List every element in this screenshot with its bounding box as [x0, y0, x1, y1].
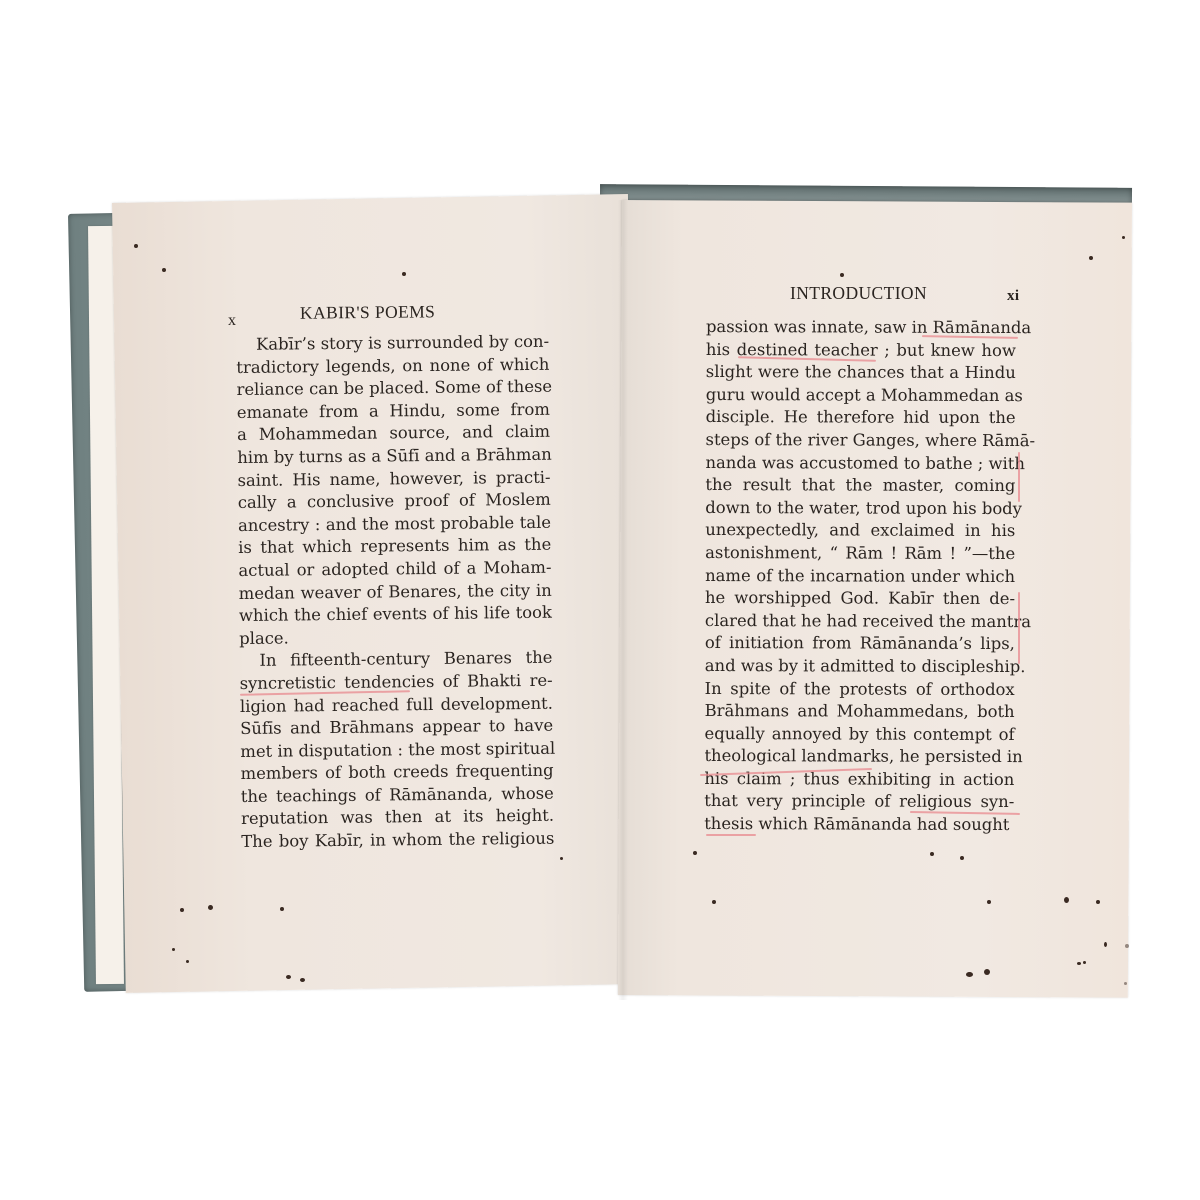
foxing-spot — [1096, 900, 1100, 904]
right-page-number: xi — [1007, 288, 1019, 305]
foxing-spot — [402, 272, 406, 276]
text-line: equally annoyed by this contempt of — [705, 723, 1015, 747]
foxing-spot — [1104, 942, 1107, 947]
right-running-head: INTRODUCTION — [790, 283, 927, 304]
foxing-spot — [180, 908, 184, 912]
foxing-spot — [712, 900, 716, 904]
text-line: the result that the master, coming — [705, 474, 1015, 498]
text-line: reputation was then at its height. — [241, 805, 554, 831]
text-line: is that which represents him as the — [238, 534, 551, 560]
text-line: slight were the chances that a Hindu — [706, 361, 1016, 385]
text-line: actual or adopted child of a Moham- — [238, 557, 551, 583]
right-page-body: passion was innate, saw in Rāmānandahis … — [704, 316, 1016, 837]
text-line: The boy Kabīr, in whom the religious — [241, 828, 554, 854]
foxing-spot — [172, 948, 175, 951]
foxing-spot — [286, 975, 291, 979]
foxing-spot — [186, 960, 189, 963]
text-line: him by turns as a Sūfī and a Brāhman — [237, 444, 550, 470]
foxing-spot — [560, 857, 563, 860]
foxing-spot — [134, 244, 138, 248]
text-line: theological landmarks, he persisted in — [704, 745, 1014, 769]
text-line: that very principle of religious syn- — [704, 790, 1014, 814]
text-line: unexpectedly, and exclaimed in his — [705, 519, 1015, 543]
text-line: reliance can be placed. Some of these — [236, 376, 549, 402]
text-line: cally a conclusive proof of Moslem — [238, 489, 551, 515]
foxing-spot — [987, 900, 991, 904]
open-book: x KABIR'S POEMS INTRODUCTION xi Kabīr’s … — [0, 0, 1200, 1200]
foxing-spot — [966, 972, 973, 977]
foxing-spot — [1089, 256, 1093, 260]
text-line: place. — [239, 624, 552, 650]
text-line: he worshipped God. Kabīr then de- — [705, 587, 1015, 611]
text-line: members of both creeds frequenting — [240, 760, 553, 786]
text-line: and was by it admitted to discipleship. — [705, 655, 1015, 679]
text-line: clared that he had received the mantra — [705, 610, 1015, 634]
foxing-spot — [1125, 944, 1129, 948]
book-gutter — [618, 200, 628, 1000]
text-line: ligion had reached full development. — [240, 692, 553, 718]
left-running-head: KABIR'S POEMS — [300, 301, 435, 323]
text-line: In spite of the protests of orthodox — [705, 677, 1015, 701]
text-line: tradictory legends, on none of which — [236, 353, 549, 379]
text-line: nanda was accustomed to bathe ; with — [705, 452, 1015, 476]
text-line: which the chief events of his life took — [239, 602, 552, 628]
text-line: Brāhmans and Mohammedans, both — [705, 700, 1015, 724]
text-line: saint. His name, however, is practi- — [237, 466, 550, 492]
margin-line-2 — [1018, 592, 1020, 664]
text-line: medan weaver of Benares, the city in — [239, 579, 552, 605]
foxing-spot — [984, 969, 990, 975]
foxing-spot — [1083, 961, 1086, 964]
foxing-spot — [300, 978, 305, 982]
text-line: name of the incarnation under which — [705, 565, 1015, 589]
text-line: emanate from a Hindu, some from — [237, 398, 550, 424]
foxing-spot — [208, 905, 213, 910]
text-line: guru would accept a Mohammedan as — [706, 384, 1016, 408]
text-line: of initiation from Rāmānanda’s lips, — [705, 632, 1015, 656]
foxing-spot — [1064, 897, 1069, 903]
foxing-spot — [693, 851, 697, 855]
text-line: disciple. He therefore hid upon the — [706, 406, 1016, 430]
text-line: ancestry : and the most probable tale — [238, 511, 551, 537]
text-line: Kabīr’s story is surrounded by con- — [236, 331, 549, 357]
foxing-spot — [162, 268, 166, 272]
margin-line-1 — [1018, 452, 1020, 502]
foxing-spot — [930, 852, 934, 856]
foxing-spot — [280, 907, 284, 911]
foxing-spot — [840, 273, 844, 277]
left-page-number: x — [228, 312, 236, 330]
text-line: Sūfīs and Brāhmans appear to have — [240, 715, 553, 741]
foxing-spot — [1122, 236, 1125, 239]
left-page-body: Kabīr’s story is surrounded by con-tradi… — [236, 331, 554, 854]
text-line: the teachings of Rāmānanda, whose — [241, 783, 554, 809]
text-line: down to the water, trod upon his body — [705, 497, 1015, 521]
foxing-spot — [960, 856, 964, 860]
underline-thesis — [706, 834, 756, 836]
text-line: In fifteenth-century Benares the — [239, 647, 552, 673]
text-line: a Mohammedan source, and claim — [237, 421, 550, 447]
foxing-spot — [1077, 962, 1081, 965]
text-line: astonishment, “ Rām ! Rām ! ”—the — [705, 542, 1015, 566]
text-line: steps of the river Ganges, where Rāmā- — [706, 429, 1016, 453]
foxing-spot — [1124, 982, 1127, 985]
text-line: met in disputation : the most spiritual — [240, 737, 553, 763]
